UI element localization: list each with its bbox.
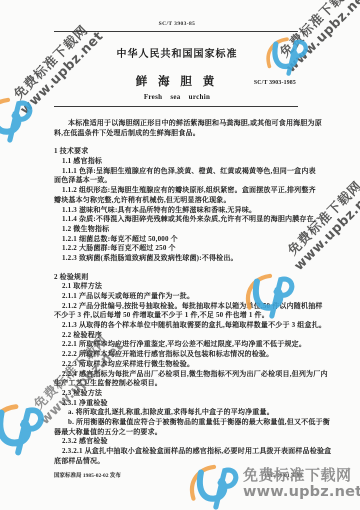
text-line: 生产工艺卫生监督控制必检项目。: [54, 379, 302, 389]
footer-row: 国家标准局 1985-02-02 发布 1985-09-01 实施: [54, 471, 302, 479]
text-line: 本标准适用于以海胆纲正形目中的鲜活紫海胆和马粪海胆,或其他可食用海胆为原: [54, 119, 302, 129]
upbz-logo-icon: [0, 402, 48, 456]
standard-document-page: { "header": { "page_code": "SC/T 3903-85…: [0, 0, 360, 510]
page-header-code: SC/T 3903-85: [54, 21, 300, 27]
standard-number: SC/T 3903-1985: [254, 80, 296, 86]
footer-issued-date: 国家标准局 1985-02-02 发布: [54, 471, 121, 479]
text-line: 2.3 检验方法: [54, 389, 302, 399]
text-line: 不少于 3 件,以后每增 50 件增取量不少于 1 件,不足 50 件也增 1 …: [54, 311, 302, 321]
title-rule: [54, 106, 298, 107]
text-line: 面色泽基本一致。: [54, 176, 302, 186]
text-line: 2.1 取样方法: [54, 282, 302, 292]
text-line: 2.2 检验程序: [54, 331, 302, 341]
national-standard-title: 中华人民共和国国家标准: [54, 45, 300, 60]
text-line: 2.1.1 产品以每天或每班的产量作为一批。: [54, 292, 302, 302]
text-line: 1.1.2 组织形态:呈海胆生殖腺应有的瓣块原形,组织紧密。盒面摆放平正,排列整…: [54, 186, 302, 196]
text-line: 2.2.2 所取样本均应开箱进行感官指标以及包装和标志情况的检验。: [54, 350, 302, 360]
text-line: 料,在低温条件下处理后制成的生鲜海胆食品。: [54, 129, 302, 139]
text-line: 2.2.4 感官指标为每批产品出厂必检项目,微生物指标不列为出厂必检项目,但列为…: [54, 370, 302, 380]
text-line: 1.1.3 滋味和气味:具有本品所特有的生鲜滋味和香味,无异味。: [54, 206, 302, 216]
document-title-english: Fresh sea urchin: [54, 93, 300, 101]
text-line: a. 将所取盒扎逐扎称重,扣除皮重,求得每扎中盒子的平均净重量。: [54, 408, 302, 418]
footer-implemented-date: 1985-09-01 实施: [264, 471, 302, 479]
header-rule: [54, 31, 298, 32]
text-line: 2 检验规则: [54, 273, 302, 283]
text-line: 2.1.2 产品分批编号,按批号抽取检验。每批抽取样本以箱为单位,50 件以内随…: [54, 302, 302, 312]
watermark-site-name: 免费标准下载网: [258, 0, 360, 79]
text-line: 1.1.1 色泽:呈海胆生殖腺应有的色泽,淡黄、橙黄、红黄或褐黄等色,但同一盒内…: [54, 167, 302, 177]
text-line: 1.1 感官指标: [54, 157, 302, 167]
text-line: 1.2.3 致病菌(系指肠道致病菌及致病性球菌):不得检出。: [54, 254, 302, 264]
watermark-site-url: www.upbz.net: [243, 485, 360, 501]
text-line: 瓣块基本匀称完整,允许稍有机械伤,但无明显溶化现象。: [54, 196, 302, 206]
text-line: 1.1.4 杂质:不得混入海胆碎壳残棘或其他外来杂质,允许有不明显的海胆内膜存在…: [54, 215, 302, 225]
document-body: 本标准适用于以海胆纲正形目中的鲜活紫海胆和马粪海胆,或其他可食用海胆为原料,在低…: [54, 119, 302, 466]
text-line: 2.2.3 所取样本均应采样进行微生物检验。: [54, 360, 302, 370]
upbz-logo-icon: [0, 96, 36, 143]
text-line: 2.3.2 感官检验: [54, 437, 302, 447]
text-line: 1.2.2 大肠菌群:每百克不超过 250 个: [54, 244, 302, 254]
text-line: 底部样品情况。: [54, 457, 302, 467]
text-line: 1.2 微生物指标: [54, 225, 302, 235]
text-line: b. 所用衡器的称量值应符合于被衡物品的重量低于衡器的最大称量值,但又不低于衡: [54, 418, 302, 428]
text-line: 1 技术要求: [54, 147, 302, 157]
text-line: 2.3.1 净重检验: [54, 399, 302, 409]
text-line: 2.1.3 从取得的各个样本单位中随机抽取需要的盒扎,每箱取样数量不少于 3 组…: [54, 321, 302, 331]
text-line: 2.2.1 所取样本均应进行净重鉴定,平均公差不超过限度,平均净重不低于规定。: [54, 340, 302, 350]
text-line: 2.3.2.1 从盒扎中抽取小盒检验盒面样品的感官指标,必要时用工具拨开表面样品…: [54, 447, 302, 457]
text-line: 器最大称量值的五分之一的要求。: [54, 428, 302, 438]
text-line: 1.2.1 细菌总数:每克不超过 50,000 个: [54, 235, 302, 245]
